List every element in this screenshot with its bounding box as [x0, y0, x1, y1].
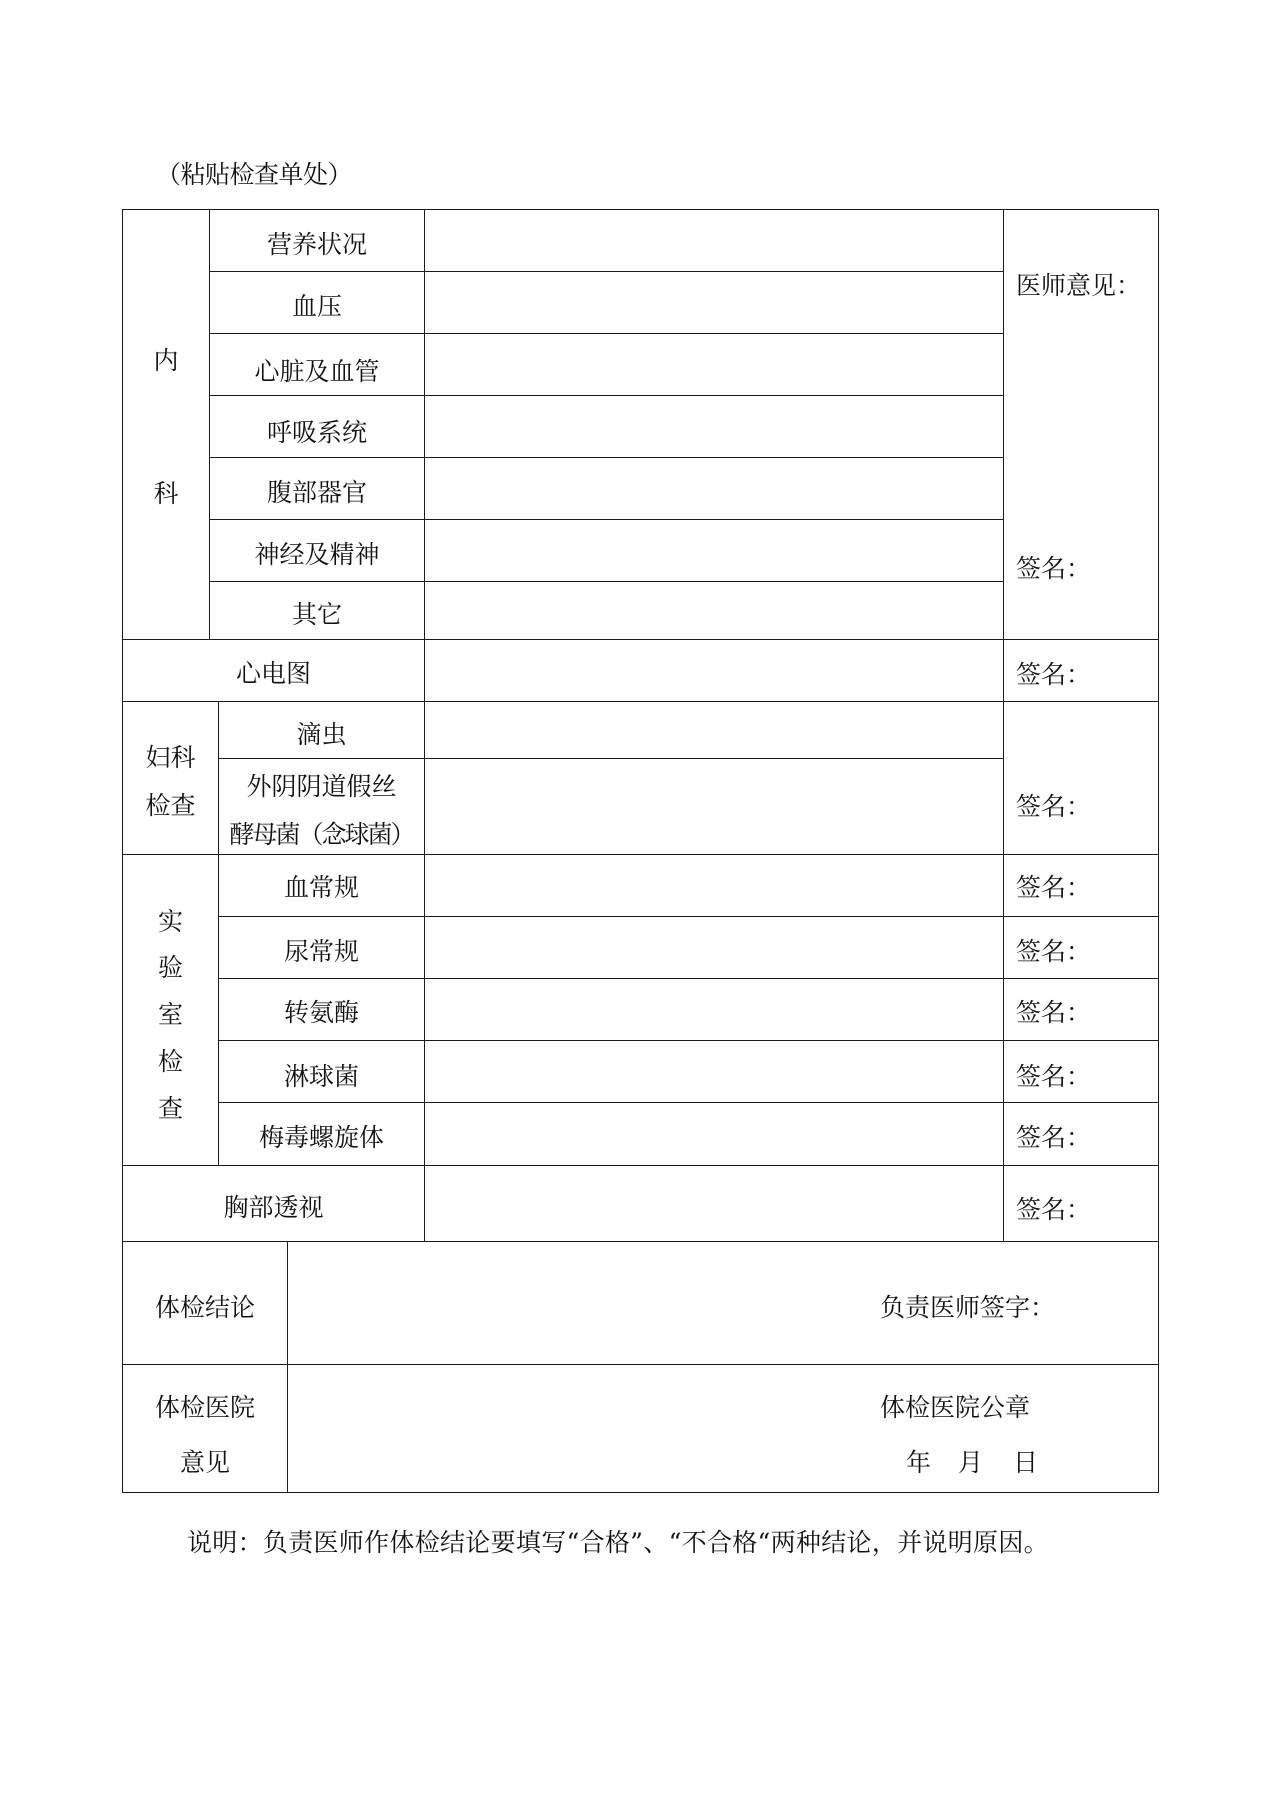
hospital-opinion-label-line: 体检医院	[123, 1395, 287, 1421]
im-signature-cell[interactable]: 医师意见： 签名：	[1003, 209, 1159, 640]
signature-label: 签名：	[1016, 1000, 1091, 1026]
im-item-nutrition: 营养状况	[209, 209, 425, 272]
item-value	[425, 1125, 1003, 1151]
im-value-blood-pressure[interactable]	[424, 271, 1004, 334]
signature-label: 签名：	[1016, 1064, 1091, 1090]
chest-xray-value	[425, 1195, 1003, 1221]
exam-form-page: （粘贴检查单处） 内 科 营养状况 血压 心脏及血管 呼吸系统	[0, 0, 1280, 1810]
lab-value-transaminase[interactable]	[424, 978, 1004, 1041]
item-value	[425, 542, 1003, 568]
hospital-opinion-label-line: 意见	[123, 1450, 287, 1476]
signature-label: 签名：	[1016, 939, 1091, 965]
lab-signature-blood-routine[interactable]: 签名：	[1003, 854, 1159, 917]
item-value	[425, 359, 1003, 385]
lab-item-blood-routine: 血常规	[218, 854, 425, 917]
im-item-other: 其它	[209, 581, 425, 640]
gyn-value-trichomonas[interactable]	[424, 701, 1004, 759]
item-value	[425, 232, 1003, 258]
signature-label: 签名：	[1016, 662, 1091, 688]
item-label: 心脏及血管	[210, 359, 424, 385]
lab-signature-transaminase[interactable]: 签名：	[1003, 978, 1159, 1041]
item-label: 血常规	[219, 875, 424, 901]
signature-label: 签名：	[1016, 556, 1091, 582]
item-label: 腹部器官	[210, 480, 424, 506]
ecg-value	[425, 661, 1003, 687]
signature-label: 签名：	[1016, 1197, 1091, 1223]
im-item-heart-vessels: 心脏及血管	[209, 333, 425, 396]
paste-note: （粘贴检查单处）	[156, 162, 352, 188]
item-value	[425, 939, 1003, 965]
conclusion-label-cell: 体检结论	[122, 1241, 288, 1365]
laboratory-label-cell: 实 验 室 检 查	[122, 854, 219, 1166]
date-month-label: 月	[958, 1450, 983, 1476]
item-label: 梅毒螺旋体	[219, 1125, 424, 1151]
im-item-abdominal: 腹部器官	[209, 457, 425, 520]
date-day-label: 日	[1013, 1450, 1038, 1476]
im-item-respiratory: 呼吸系统	[209, 395, 425, 458]
lab-value-treponema[interactable]	[424, 1102, 1004, 1166]
im-value-heart-vessels[interactable]	[424, 333, 1004, 396]
conclusion-value-cell[interactable]: 负责医师签字：	[287, 1241, 1159, 1365]
lab-value-gonococcus[interactable]	[424, 1040, 1004, 1103]
im-value-abdominal[interactable]	[424, 457, 1004, 520]
lab-item-urine-routine: 尿常规	[218, 916, 425, 979]
gynecology-label-cell: 妇科 检查	[122, 701, 219, 855]
item-value	[425, 480, 1003, 506]
item-value	[425, 420, 1003, 446]
ecg-label: 心电图	[123, 661, 424, 687]
hospital-seal-label: 体检医院公章	[880, 1395, 1030, 1421]
item-value	[425, 294, 1003, 320]
im-item-neuro-mental: 神经及精神	[209, 519, 425, 582]
signature-label: 签名：	[1016, 875, 1091, 901]
lab-value-urine-routine[interactable]	[424, 916, 1004, 979]
ecg-value-cell[interactable]	[424, 639, 1004, 702]
signature-label: 签名：	[1016, 794, 1091, 820]
item-label-line: 外阴阴道假丝	[219, 774, 424, 800]
laboratory-label-char: 查	[123, 1096, 218, 1122]
item-value	[425, 722, 1003, 748]
item-value	[425, 1064, 1003, 1090]
item-label: 呼吸系统	[210, 420, 424, 446]
internal-medicine-label-cell: 内 科	[122, 209, 210, 640]
gyn-value-candida[interactable]	[424, 758, 1004, 855]
laboratory-label-char: 实	[123, 909, 218, 935]
signature-label: 签名：	[1016, 1125, 1091, 1151]
hospital-opinion-value-cell[interactable]: 体检医院公章 年 月 日	[287, 1364, 1159, 1493]
im-item-blood-pressure: 血压	[209, 271, 425, 334]
item-label: 尿常规	[219, 939, 424, 965]
item-label: 转氨酶	[219, 1000, 424, 1026]
lab-signature-treponema[interactable]: 签名：	[1003, 1102, 1159, 1166]
lab-item-transaminase: 转氨酶	[218, 978, 425, 1041]
lab-item-gonococcus: 淋球菌	[218, 1040, 425, 1103]
im-value-neuro-mental[interactable]	[424, 519, 1004, 582]
laboratory-label-char: 验	[123, 955, 218, 981]
gyn-item-trichomonas: 滴虫	[218, 701, 425, 759]
ecg-label-cell: 心电图	[122, 639, 425, 702]
lab-signature-urine-routine[interactable]: 签名：	[1003, 916, 1159, 979]
ecg-signature-cell[interactable]: 签名：	[1003, 639, 1159, 702]
lab-item-treponema: 梅毒螺旋体	[218, 1102, 425, 1166]
im-value-respiratory[interactable]	[424, 395, 1004, 458]
lab-signature-gonococcus[interactable]: 签名：	[1003, 1040, 1159, 1103]
gyn-item-candida: 外阴阴道假丝 酵母菌（念球菌）	[218, 758, 425, 855]
item-value	[425, 602, 1003, 628]
item-label: 淋球菌	[219, 1064, 424, 1090]
lab-value-blood-routine[interactable]	[424, 854, 1004, 917]
laboratory-label-char: 室	[123, 1002, 218, 1028]
chest-xray-label-cell: 胸部透视	[122, 1165, 425, 1242]
date-year-label: 年	[906, 1450, 931, 1476]
item-value	[425, 1000, 1003, 1026]
internal-medicine-label-char: 科	[123, 481, 209, 507]
gynecology-label-line: 检查	[123, 793, 218, 819]
conclusion-label: 体检结论	[123, 1295, 287, 1321]
item-label: 血压	[210, 294, 424, 320]
internal-medicine-label-char: 内	[123, 348, 209, 374]
gyn-signature-cell[interactable]: 签名：	[1003, 701, 1159, 855]
item-label-line: 酵母菌（念球菌）	[219, 822, 424, 848]
chest-xray-value-cell[interactable]	[424, 1165, 1004, 1242]
hospital-opinion-label-cell: 体检医院 意见	[122, 1364, 288, 1493]
item-label: 营养状况	[210, 232, 424, 258]
item-label: 滴虫	[219, 722, 424, 748]
item-value	[425, 875, 1003, 901]
chest-xray-label: 胸部透视	[123, 1195, 424, 1221]
footer-note: 说明：负责医师作体检结论要填写“合格”、“不合格“两种结论，并说明原因。	[187, 1530, 1049, 1556]
im-value-other[interactable]	[424, 581, 1004, 640]
item-label: 神经及精神	[210, 542, 424, 568]
chest-xray-signature-cell[interactable]: 签名：	[1003, 1165, 1159, 1242]
item-value	[425, 794, 1003, 820]
laboratory-label-char: 检	[123, 1049, 218, 1075]
gynecology-label-line: 妇科	[123, 745, 218, 771]
im-value-nutrition[interactable]	[424, 209, 1004, 272]
responsible-doctor-signature-label: 负责医师签字：	[880, 1295, 1055, 1321]
doctor-opinion-label: 医师意见：	[1016, 273, 1141, 299]
item-label: 其它	[210, 602, 424, 628]
